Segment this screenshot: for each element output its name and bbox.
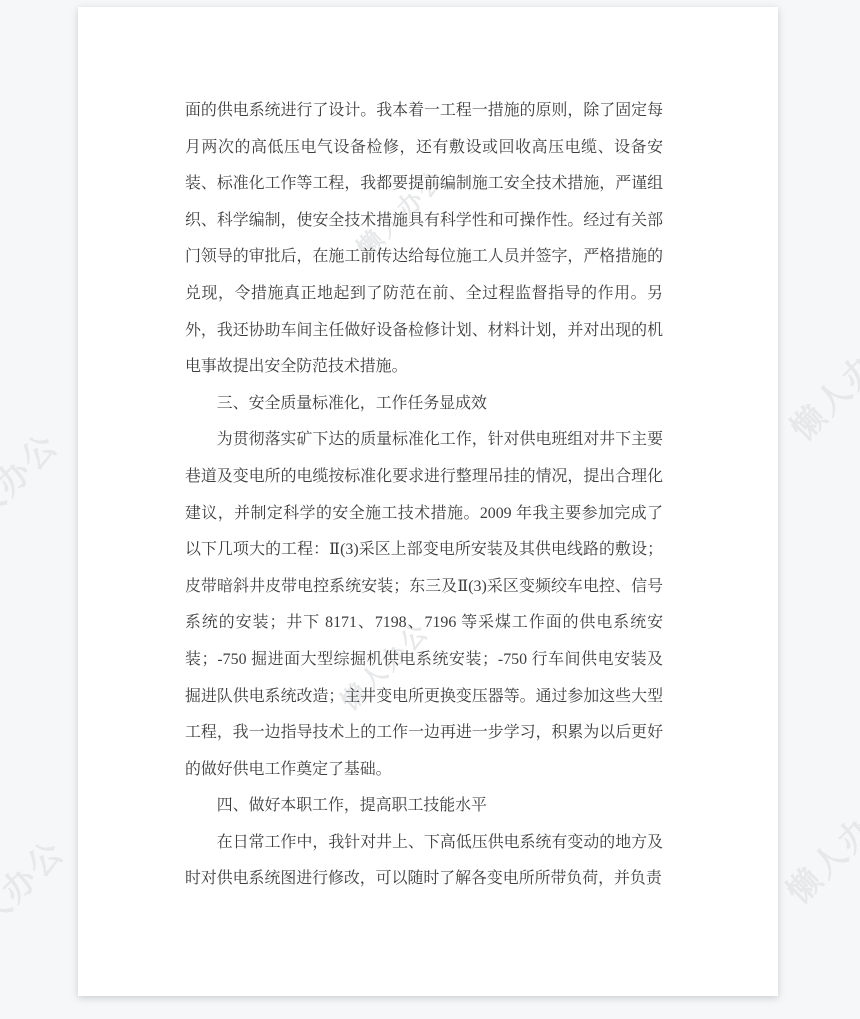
paragraph: 在日常工作中，我针对井上、下高低压供电系统有变动的地方及时对供电系统图进行修改，… (185, 825, 663, 898)
watermark-text: 懒人办公 (0, 827, 74, 962)
watermark-text: 懒人办公 (774, 777, 860, 912)
watermark-text: 懒人办公 (778, 314, 860, 449)
paragraph: 面的供电系统进行了设计。我本着一工程一措施的原则，除了固定每月两次的高低压电气设… (185, 93, 663, 386)
desktop-background: { "page": { "background_color": "#f6f7f8… (0, 0, 860, 1019)
section-heading: 三、安全质量标准化，工作任务显成效 (185, 386, 663, 423)
paragraph: 为贯彻落实矿下达的质量标准化工作，针对供电班组对井下主要巷道及变电所的电缆按标准… (185, 422, 663, 788)
document-page: 懒人办公懒人办公 面的供电系统进行了设计。我本着一工程一措施的原则，除了固定每月… (78, 7, 778, 996)
section-heading: 四、做好本职工作，提高职工技能水平 (185, 788, 663, 825)
document-body: 面的供电系统进行了设计。我本着一工程一措施的原则，除了固定每月两次的高低压电气设… (185, 93, 663, 898)
watermark-text: 懒人办公 (0, 420, 68, 555)
